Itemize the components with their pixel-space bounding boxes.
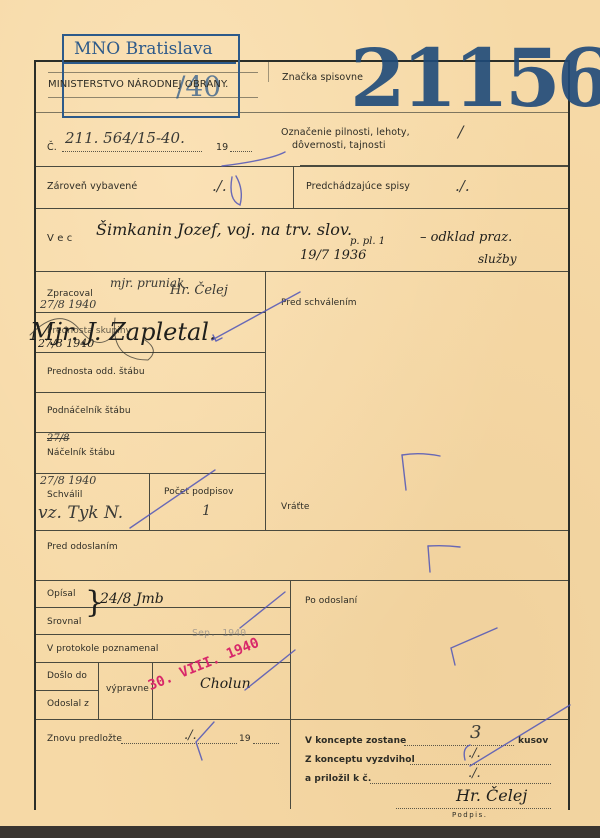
sent-from-label: Odoslal z: [47, 699, 89, 709]
approved-sign: vz. Tyk N.: [38, 503, 123, 523]
lower-rule-b: [36, 634, 290, 635]
urgency-value: /: [458, 122, 463, 141]
concept-remain-dots: [404, 745, 514, 746]
signatures-count-label: Počet podpisov: [164, 487, 234, 497]
left-border: [34, 60, 36, 810]
copied-label: Opísal: [47, 589, 76, 599]
file-number-stamp: 211564: [350, 38, 600, 118]
concept-taken-value: ./.: [468, 746, 481, 761]
subject-line-4: služby: [478, 252, 517, 266]
file-mark-label: Značka spisovne: [282, 72, 363, 83]
attached-to-label: a priložil k č.: [305, 774, 371, 784]
row-rule-6: [36, 719, 568, 720]
chief-label: Náčelník štábu: [47, 448, 115, 458]
signature-label: Podpis.: [452, 811, 487, 819]
row-rule-1: [36, 166, 568, 167]
footer-signature: Hr. Čelej: [456, 786, 527, 805]
processed-date: 27/8 1940: [40, 298, 96, 311]
row-rule-5: [36, 580, 568, 581]
row-rule-3: [36, 271, 568, 272]
row-rule-4: [36, 530, 568, 531]
lower-rule-dispatch-1: [98, 662, 99, 720]
c-year-prefix: 19: [216, 142, 228, 153]
compared-label: Srovnal: [47, 617, 81, 627]
urgency-label-2: dôvernosti, tajnosti: [292, 140, 386, 151]
resubmit-label: Znovu predložte: [47, 734, 122, 744]
processed-sign: Hr. Čelej: [170, 283, 228, 298]
ministry-title: MINISTERSTVO NÁRODNEJ OBRANY.: [48, 79, 228, 90]
concept-remain-label: V koncepte zostane: [305, 736, 406, 746]
resubmit-value: ./.: [184, 728, 197, 743]
subject-line-2: 19/7 1936: [300, 248, 366, 263]
mno-stamp: MNO Bratislava /40: [62, 34, 240, 118]
concept-taken-dots: [410, 764, 551, 765]
after-sending-label: Po odoslaní: [305, 596, 357, 606]
concept-remain-unit: kusov: [518, 736, 548, 746]
arrived-label: Došlo do: [47, 671, 87, 681]
left-rule-a: [36, 312, 265, 313]
attached-value: ./.: [212, 177, 227, 195]
dispatch-label: výpravne: [106, 684, 149, 694]
before-sending-label: Pred odoslaním: [47, 542, 118, 552]
signatures-divider: [149, 473, 150, 530]
urgency-label-1: Označenie pilnosti, lehoty,: [281, 127, 410, 138]
lower-rule-c: [36, 662, 290, 663]
deputy-chief-label: Podnáčelník štábu: [47, 406, 131, 416]
lower-rule-d: [36, 690, 98, 691]
left-rule-c: [36, 392, 265, 393]
header-divider-vertical: [268, 62, 269, 82]
concept-taken-label: Z konceptu vyzdvihol: [305, 755, 415, 765]
c-year-dots: [230, 151, 252, 152]
resubmit-dots: [121, 743, 237, 744]
previous-files-label: Predchádzajúce spisy: [306, 181, 410, 192]
left-rule-b: [36, 352, 265, 353]
protocol-stamp: Sep. 1940: [192, 628, 246, 639]
left-rule-d: [36, 432, 265, 433]
attached-to-value: ./.: [468, 766, 481, 781]
attached-label: Zároveň vybavené: [47, 181, 137, 192]
concept-remain-value: 3: [470, 722, 481, 743]
attached-to-dots: [370, 783, 551, 784]
c-number-value: 211. 564/15-40.: [65, 129, 185, 147]
subject-line-1: Šimkanin Jozef, voj. na trv. slov.: [96, 220, 352, 239]
footer-divider: [290, 719, 291, 809]
subject-label: V e c: [47, 233, 72, 244]
signature-dots: [396, 808, 551, 809]
mno-stamp-inner-box: [64, 62, 236, 64]
pencil-marks: [0, 0, 600, 838]
previous-files-value: ./.: [455, 177, 470, 195]
dept-head-label: Prednosta odd. štábu: [47, 367, 145, 377]
before-approval-label: Pred schválením: [281, 298, 357, 308]
right-border: [568, 60, 570, 810]
c-label: Č.: [47, 142, 57, 153]
chief-crossed: 27/8: [47, 433, 69, 444]
scan-edge: [0, 826, 600, 838]
subject-line-1b: p. pl. 1: [350, 236, 385, 247]
signatures-count: 1: [202, 503, 211, 519]
mno-stamp-office: MNO Bratislava: [74, 39, 213, 59]
lower-divider: [290, 580, 291, 720]
approved-label: Schválil: [47, 490, 83, 500]
subject-line-3: – odklad praz.: [420, 230, 512, 245]
group-head-sign: Mjr. J. Zapletal.: [30, 318, 217, 346]
resubmit-year-dots: [253, 743, 279, 744]
resubmit-year: 19: [239, 734, 251, 744]
lower-rule-a: [36, 607, 290, 608]
copied-hand: 24/8 Jmb: [100, 591, 164, 607]
approved-date: 27/8 1940: [40, 474, 96, 487]
mid-divider: [265, 271, 266, 531]
return-label: Vráťte: [281, 502, 310, 512]
attached-divider: [293, 166, 294, 208]
row-rule-2: [36, 208, 568, 209]
dispatch-sign: Cholun: [200, 676, 251, 692]
c-number-dots: [62, 151, 202, 152]
protocol-label: V protokole poznamenal: [47, 644, 158, 654]
